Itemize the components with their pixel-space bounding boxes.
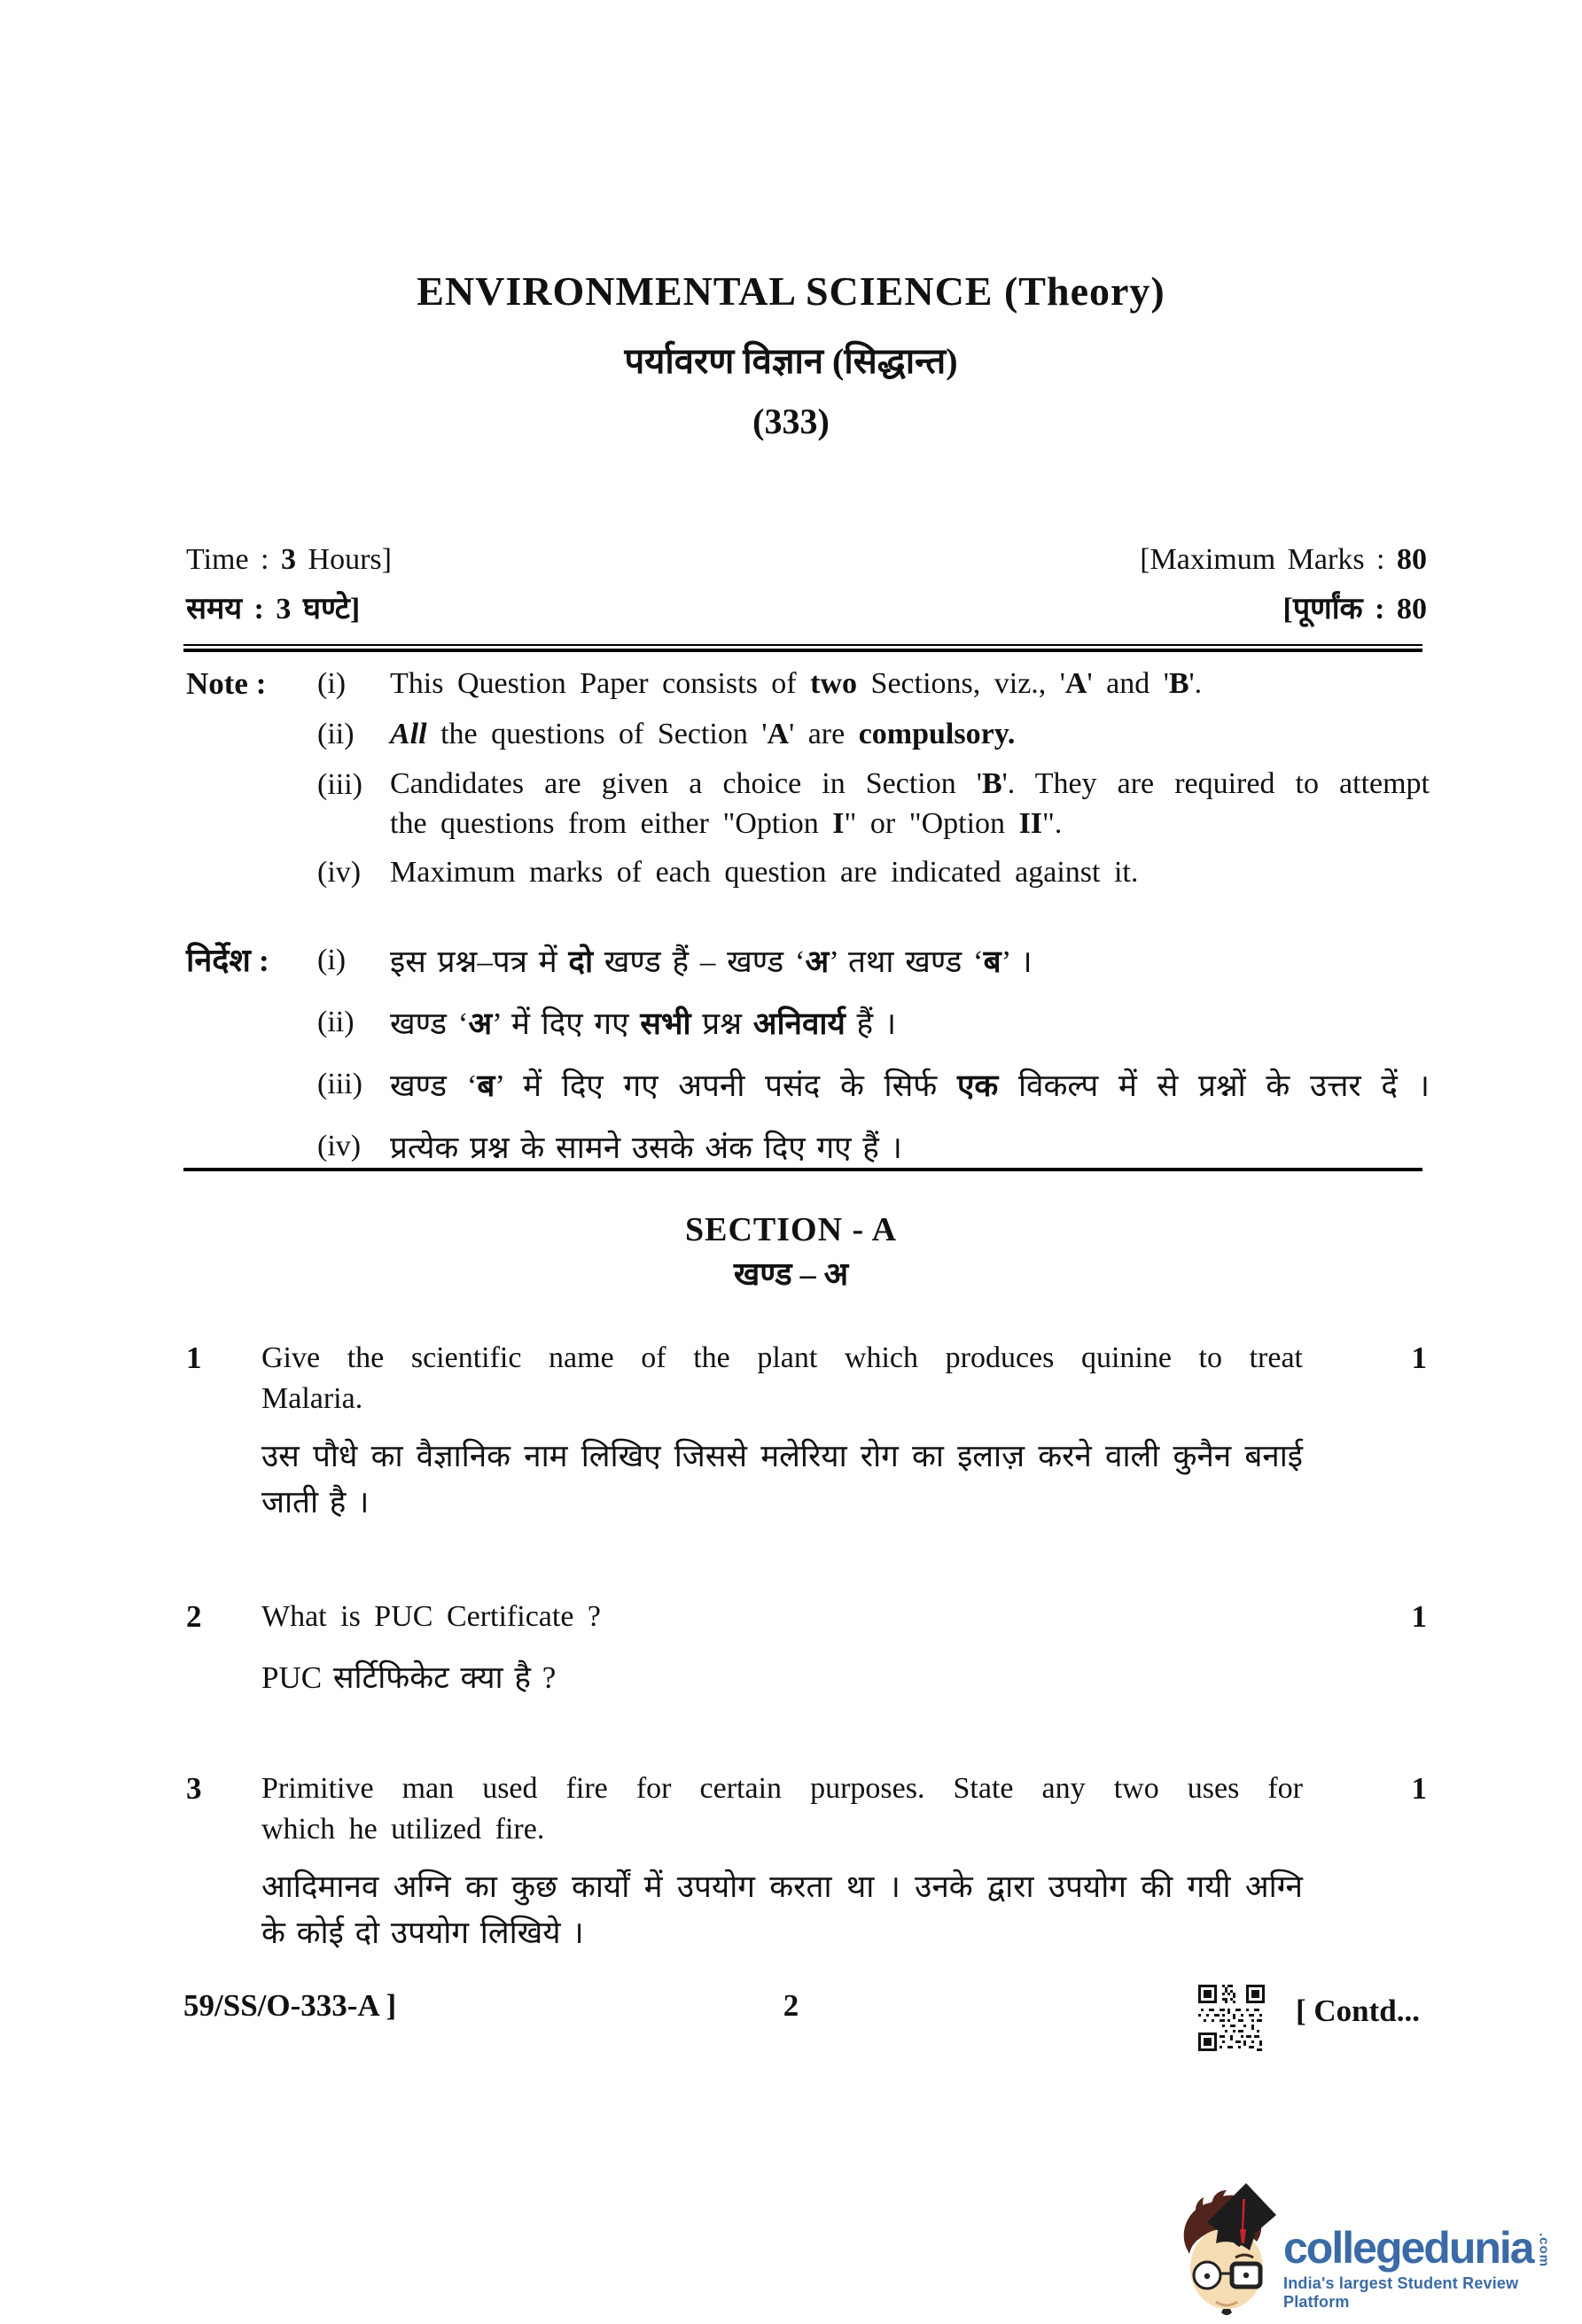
horizontal-rule-section: [183, 1168, 1422, 1171]
question-marks: 1: [1303, 1338, 1427, 1379]
question-text-english: What is PUC Certificate ?: [261, 1597, 1303, 1637]
instruction-item-number: (iv): [317, 1125, 390, 1168]
note-item: Note : (i) This Question Paper consists …: [186, 663, 1430, 705]
question-line: उस पौधे का वैज्ञानिक नाम लिखिए जिससे मले…: [261, 1434, 1303, 1480]
instruction-item: (ii) खण्ड ‘अ’ में दिए गए सभी प्रश्न अनिव…: [186, 1001, 1430, 1047]
page-title: ENVIRONMENTAL SCIENCE (Theory): [0, 268, 1582, 315]
note-item-text: This Question Paper consists of two Sect…: [390, 663, 1430, 705]
brand-tagline: India's largest Student Review Platform: [1283, 2274, 1578, 2312]
section-heading-hindi: खण्ड – अ: [0, 1251, 1582, 1294]
instruction-item-number: (iii): [317, 1063, 390, 1106]
question-line: जाती है ।: [261, 1480, 1303, 1526]
brand-wordmark: collegedunia: [1283, 2226, 1533, 2270]
graduate-student-mascot-icon: [1172, 2176, 1278, 2318]
note-item-number: (ii): [317, 713, 390, 756]
time-allowed: Time : 3 Hours]: [186, 540, 392, 579]
question-number: 2: [186, 1597, 261, 1637]
note-block-english: Note : (i) This Question Paper consists …: [186, 663, 1430, 894]
question-line: What is PUC Certificate ?: [261, 1597, 1303, 1637]
question-line: Primitive man used fire for certain purp…: [261, 1768, 1303, 1809]
note-item-number: (iii): [317, 764, 390, 806]
subject-code: (333): [0, 400, 1582, 442]
note-item-number: (iv): [317, 851, 390, 894]
question-line: आदिमानव अग्नि का कुछ कार्यों में उपयोग क…: [261, 1864, 1303, 1910]
question-marks: 1: [1303, 1597, 1427, 1637]
footer-continued-label: [ Contd...: [1296, 1994, 1420, 2029]
maximum-marks-hindi: [पूर्णांक : 80: [1283, 590, 1427, 629]
note-item-number: (i): [317, 663, 390, 705]
question-row: 3 Primitive man used fire for certain pu…: [186, 1768, 1427, 1956]
collegedunia-logo: collegedunia .com India's largest Studen…: [1172, 2172, 1578, 2321]
qr-code-icon: [1198, 1985, 1265, 2051]
instruction-item-number: (ii): [317, 1001, 390, 1044]
instruction-item: (iv) प्रत्येक प्रश्न के सामने उसके अंक द…: [186, 1125, 1430, 1171]
question-text-hindi: आदिमानव अग्नि का कुछ कार्यों में उपयोग क…: [261, 1864, 1303, 1956]
note-item-text: Maximum marks of each question are indic…: [390, 851, 1430, 894]
section-heading: SECTION - A: [0, 1210, 1582, 1249]
note-item: (iv) Maximum marks of each question are …: [186, 851, 1430, 894]
question-text-english: Give the scientific name of the plant wh…: [261, 1338, 1303, 1419]
question-row: 2 What is PUC Certificate ? PUC सर्टिफिक…: [186, 1597, 1427, 1701]
time-marks-row-english: Time : 3 Hours] [Maximum Marks : 80: [186, 540, 1427, 579]
note-label: Note :: [186, 663, 317, 705]
instruction-item-text: इस प्रश्न–पत्र में दो खण्ड हैं – खण्ड ‘अ…: [390, 939, 1430, 985]
note-item: (iii) Candidates are given a choice in S…: [186, 764, 1430, 843]
question-text-hindi: उस पौधे का वैज्ञानिक नाम लिखिए जिससे मले…: [261, 1434, 1303, 1526]
horizontal-rule-top: [183, 644, 1422, 652]
question-row: 1 Give the scientific name of the plant …: [186, 1338, 1427, 1526]
note-block-hindi: निर्देश : (i) इस प्रश्न–पत्र में दो खण्ड…: [186, 939, 1430, 1171]
instruction-item-text: प्रत्येक प्रश्न के सामने उसके अंक दिए गए…: [390, 1125, 1430, 1171]
brand-tld: .com: [1537, 2226, 1551, 2267]
page-title-hindi: पर्यावरण विज्ञान (सिद्धान्त): [0, 335, 1582, 384]
instruction-item-text: खण्ड ‘अ’ में दिए गए सभी प्रश्न अनिवार्य …: [390, 1001, 1430, 1047]
question-line: के कोई दो उपयोग लिखिये ।: [261, 1910, 1303, 1956]
note-item: (ii) All the questions of Section 'A' ar…: [186, 713, 1430, 756]
question-number: 3: [186, 1768, 261, 1809]
note-item-text: the questions from either "Option I" or …: [390, 804, 1430, 843]
question-line: Give the scientific name of the plant wh…: [261, 1338, 1303, 1379]
question-text-english: Primitive man used fire for certain purp…: [261, 1768, 1303, 1850]
maximum-marks: [Maximum Marks : 80: [1140, 540, 1427, 579]
question-text-hindi: PUC सर्टिफिकेट क्या है ?: [261, 1655, 1303, 1701]
time-marks-row-hindi: समय : 3 घण्टे] [पूर्णांक : 80: [186, 590, 1427, 629]
instruction-item: (iii) खण्ड ‘ब’ में दिए गए अपनी पसंद के स…: [186, 1063, 1430, 1109]
note-item-text: Candidates are given a choice in Section…: [390, 764, 1430, 804]
question-line: which he utilized fire.: [261, 1809, 1303, 1850]
instruction-label: निर्देश :: [186, 939, 317, 982]
instruction-item-number: (i): [317, 939, 390, 982]
instruction-item-text: खण्ड ‘ब’ में दिए गए अपनी पसंद के सिर्फ ए…: [390, 1063, 1430, 1109]
question-paper-page: ENVIRONMENTAL SCIENCE (Theory) पर्यावरण …: [0, 0, 1582, 2324]
note-item-text: All the questions of Section 'A' are com…: [390, 713, 1430, 756]
instruction-item: निर्देश : (i) इस प्रश्न–पत्र में दो खण्ड…: [186, 939, 1430, 985]
question-line: PUC सर्टिफिकेट क्या है ?: [261, 1655, 1303, 1701]
question-number: 1: [186, 1338, 261, 1379]
question-line: Malaria.: [261, 1379, 1303, 1419]
time-allowed-hindi: समय : 3 घण्टे]: [186, 590, 360, 629]
question-marks: 1: [1303, 1768, 1427, 1809]
